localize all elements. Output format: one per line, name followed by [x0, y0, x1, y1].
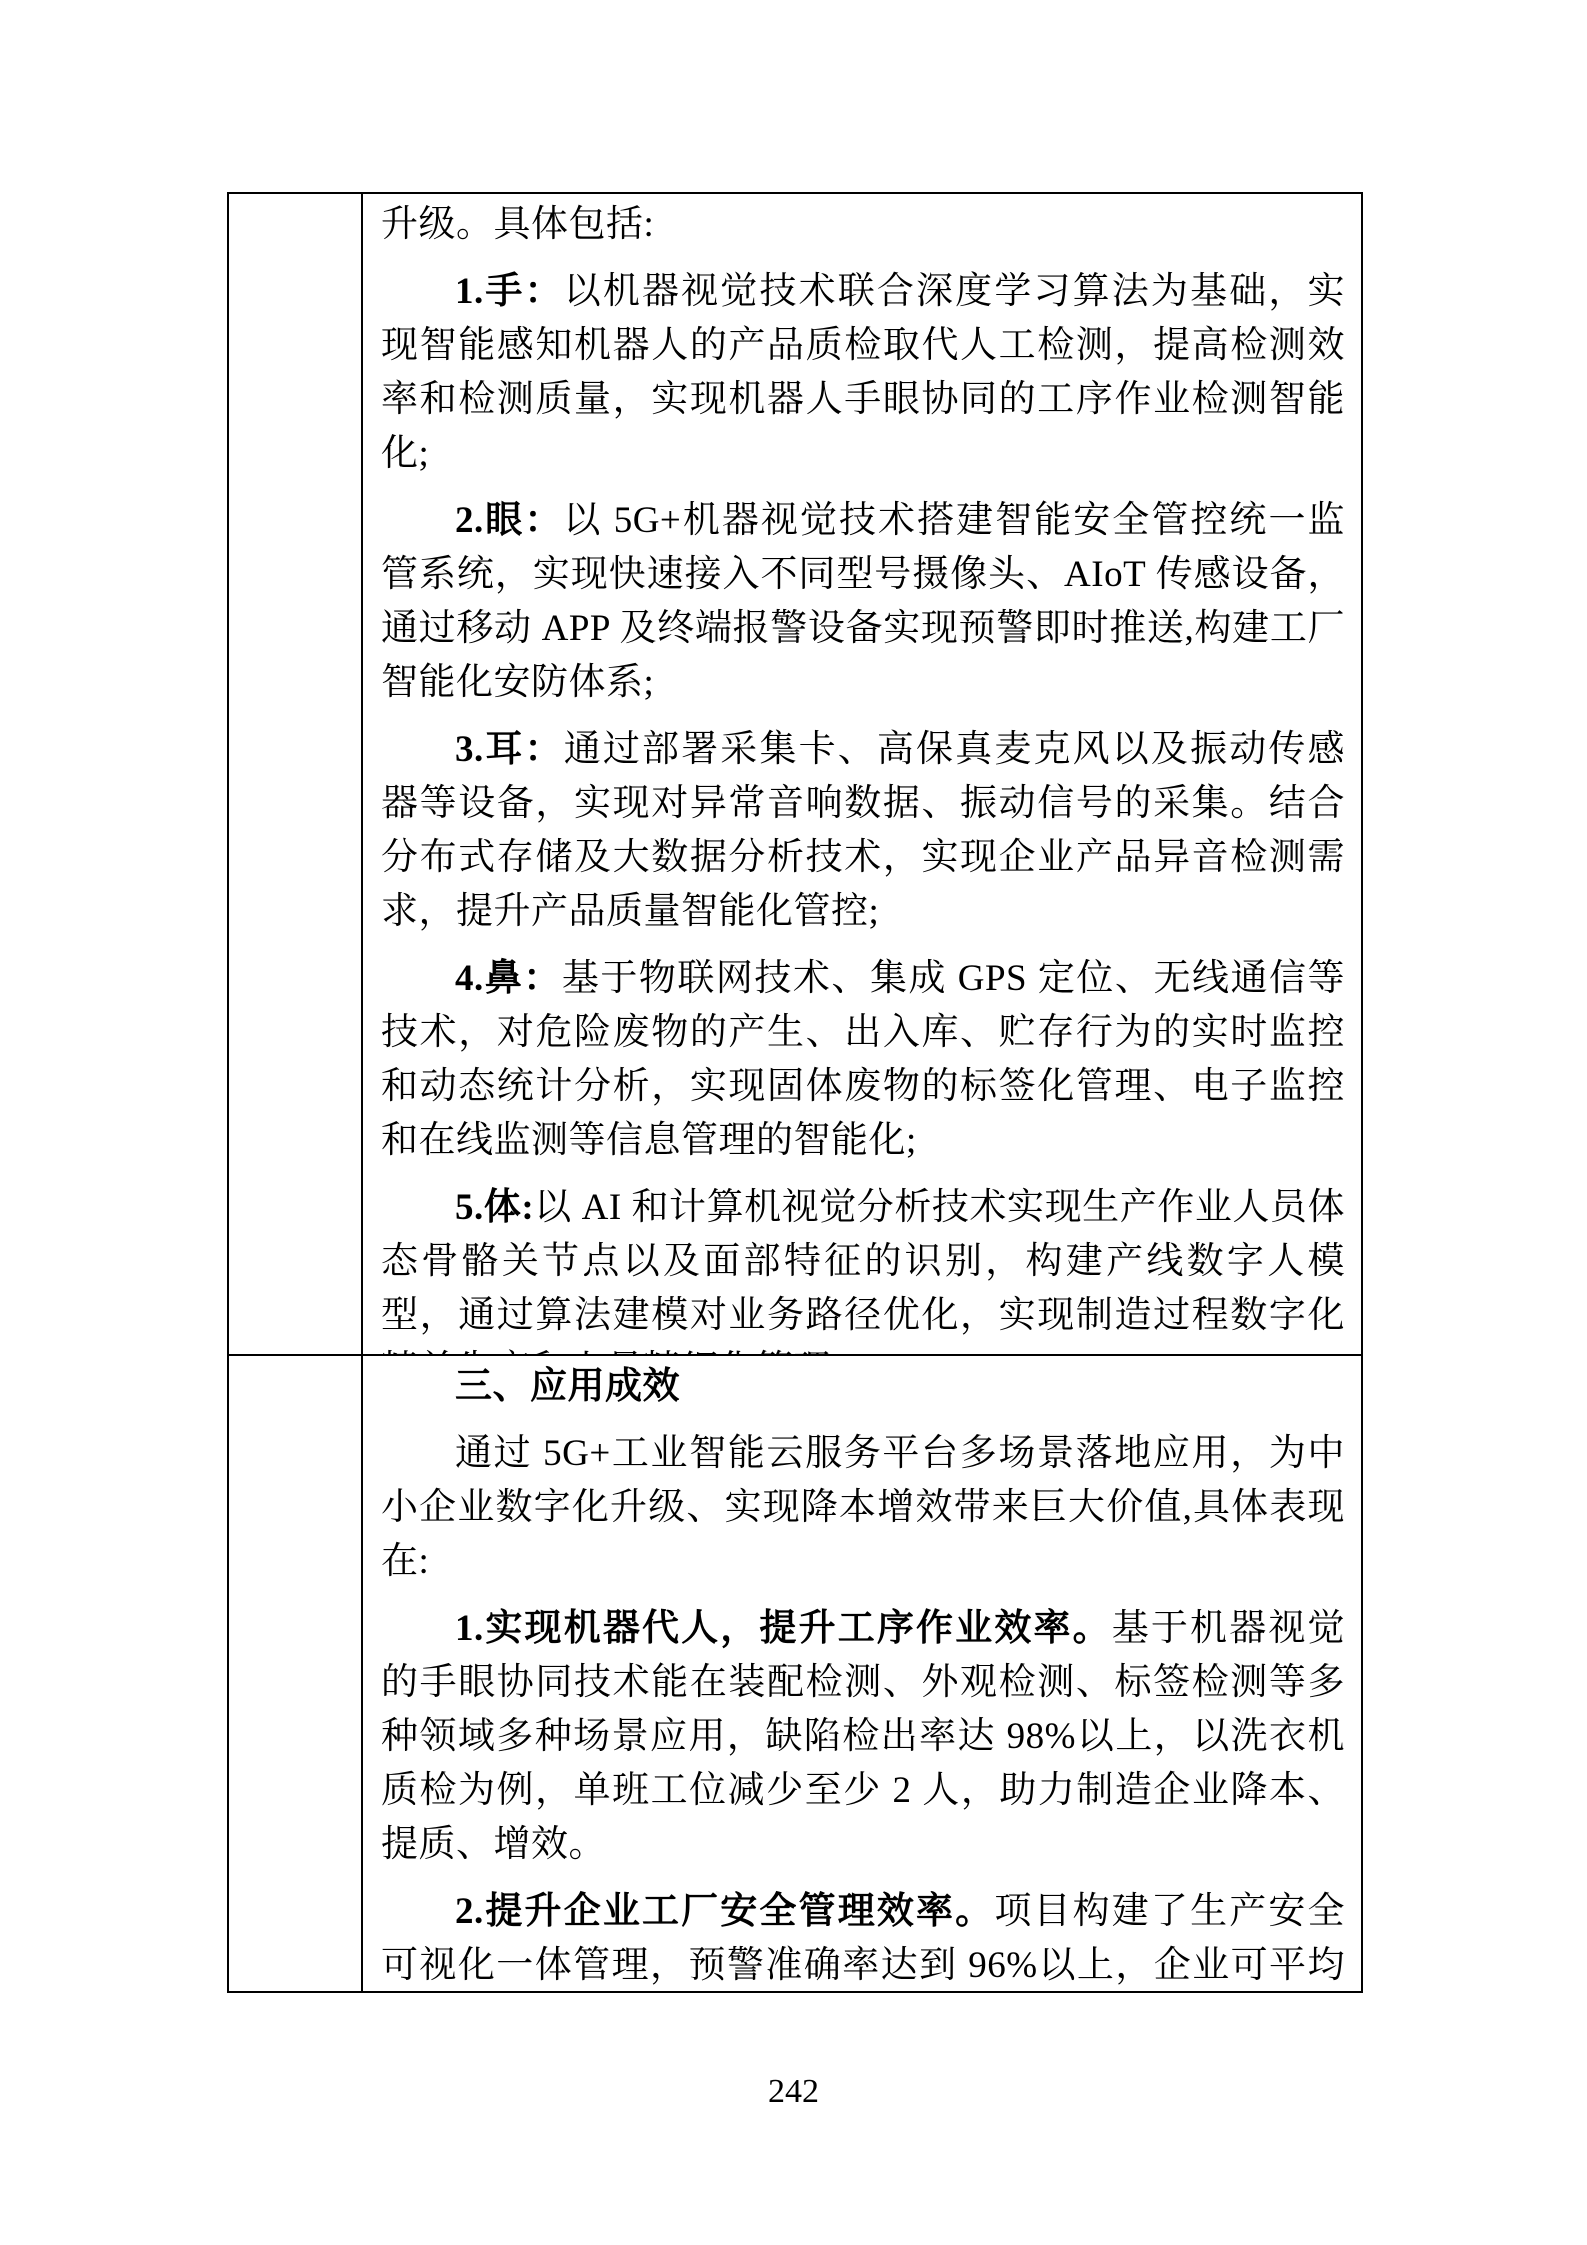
table-row-2: 三、应用成效 通过 5G+工业智能云服务平台多场景落地应用，为中小企业数字化升级…	[229, 1356, 1361, 1991]
paragraph-ear: 3.耳：通过部署采集卡、高保真麦克风以及振动传感器等设备，实现对异常音响数据、振…	[381, 723, 1345, 939]
paragraph-lead: 2.眼：	[455, 500, 563, 541]
paragraph-hand: 1.手：以机器视觉技术联合深度学习算法为基础，实现智能感知机器人的产品质检取代人…	[381, 265, 1345, 481]
paragraph-lead: 2.提升企业工厂安全管理效率。	[455, 1891, 994, 1932]
paragraph-nose: 4.鼻：基于物联网技术、集成 GPS 定位、无线通信等技术，对危险废物的产生、出…	[381, 952, 1345, 1168]
paragraph-text: 升级。具体包括:	[381, 204, 654, 245]
table-row-1-main-cell: 升级。具体包括: 1.手：以机器视觉技术联合深度学习算法为基础，实现智能感知机器…	[363, 194, 1361, 1354]
table-row-1-left-cell	[229, 194, 363, 1354]
document-page: 升级。具体包括: 1.手：以机器视觉技术联合深度学习算法为基础，实现智能感知机器…	[0, 0, 1587, 2245]
table-row-1: 升级。具体包括: 1.手：以机器视觉技术联合深度学习算法为基础，实现智能感知机器…	[229, 194, 1361, 1356]
paragraph-lead: 5.体:	[455, 1187, 534, 1228]
paragraph-benefit-1: 1.实现机器代人，提升工序作业效率。基于机器视觉的手眼协同技术能在装配检测、外观…	[381, 1602, 1345, 1872]
paragraph-continuation: 升级。具体包括:	[381, 198, 1345, 252]
table-row-2-left-cell	[229, 1356, 363, 1991]
page-number: 242	[0, 2072, 1587, 2112]
paragraph-lead: 3.耳：	[455, 729, 564, 770]
paragraph-lead: 1.实现机器代人，提升工序作业效率。	[455, 1608, 1112, 1649]
paragraph-text: 通过 5G+工业智能云服务平台多场景落地应用，为中小企业数字化升级、实现降本增效…	[381, 1433, 1345, 1582]
content-table: 升级。具体包括: 1.手：以机器视觉技术联合深度学习算法为基础，实现智能感知机器…	[227, 192, 1363, 1993]
paragraph-lead: 1.手：	[455, 271, 564, 312]
paragraph-benefit-2: 2.提升企业工厂安全管理效率。项目构建了生产安全可视化一体管理，预警准确率达到 …	[381, 1885, 1345, 1991]
section-heading: 三、应用成效	[381, 1360, 1345, 1414]
table-row-2-main-cell: 三、应用成效 通过 5G+工业智能云服务平台多场景落地应用，为中小企业数字化升级…	[363, 1356, 1361, 1991]
paragraph-intro: 通过 5G+工业智能云服务平台多场景落地应用，为中小企业数字化升级、实现降本增效…	[381, 1427, 1345, 1589]
paragraph-eye: 2.眼：以 5G+机器视觉技术搭建智能安全管控统一监管系统，实现快速接入不同型号…	[381, 494, 1345, 710]
paragraph-body: 5.体:以 AI 和计算机视觉分析技术实现生产作业人员体态骨骼关节点以及面部特征…	[381, 1181, 1345, 1354]
paragraph-lead: 4.鼻：	[455, 958, 562, 999]
